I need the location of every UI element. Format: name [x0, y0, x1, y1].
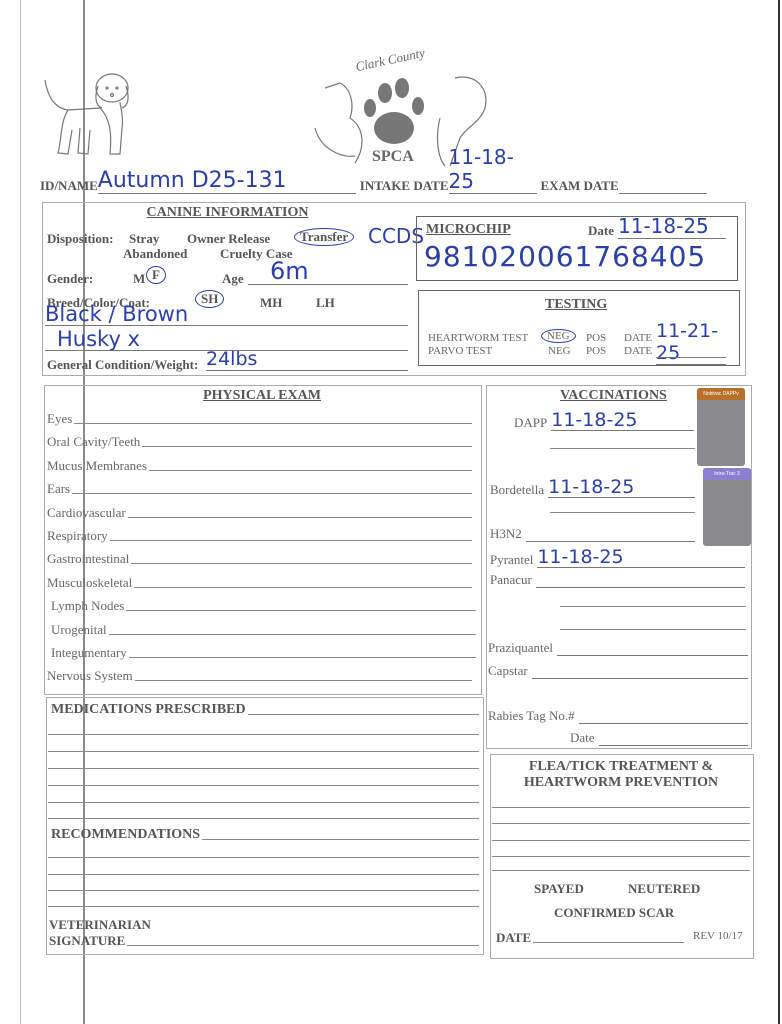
vaccination-label: DAPP [514, 415, 547, 431]
parvo-date-label: DATE [624, 345, 652, 357]
id-name-field[interactable]: Autumn D25-131 [98, 169, 356, 194]
physical-exam-label: Urogenital [51, 622, 107, 638]
writing-line[interactable] [48, 734, 479, 735]
vaccination-row: Praziquantel [488, 640, 748, 656]
vaccination-row: Pyrantel11-18-25 [490, 547, 745, 568]
vaccination-row: Panacur [490, 572, 745, 588]
flea-date-field[interactable] [533, 941, 684, 943]
physical-exam-label: Ears [47, 481, 70, 497]
physical-exam-title: PHYSICAL EXAM [44, 388, 480, 404]
physical-exam-row: Musculoskeletal [47, 575, 472, 591]
flea-date-row: DATE [496, 930, 684, 946]
physical-exam-field[interactable] [126, 609, 476, 611]
writing-line[interactable] [48, 906, 479, 907]
id-name-label: ID/NAME [40, 178, 98, 194]
physical-exam-row: Oral Cavity/Teeth [47, 434, 472, 450]
vaccination-label: Date [570, 730, 595, 746]
vaccination-row: Bordetella11-18-25 [490, 477, 695, 498]
breed-line-1[interactable]: Black / Brown [45, 303, 408, 326]
microchip-number-field[interactable]: 981020061768405 [424, 240, 706, 273]
heartworm-date-field[interactable]: 11-21-25 [656, 320, 726, 365]
physical-exam-row: Integumentary [51, 645, 476, 661]
microchip-title: MICROCHIP [426, 222, 511, 238]
neutered-option[interactable]: NEUTERED [628, 881, 700, 897]
vet-signature-row: SIGNATURE [49, 933, 479, 949]
physical-exam-field[interactable] [135, 679, 472, 681]
vet-signature-label-2: SIGNATURE [49, 933, 125, 949]
physical-exam-field[interactable] [74, 422, 472, 424]
vaccination-label: Pyrantel [490, 552, 533, 568]
sticker-header: Nobivac DAPPv [697, 388, 745, 400]
vaccine-sticker-bordetella: Intra-Trac 3 [703, 468, 751, 546]
vaccination-field[interactable]: 11-18-25 [537, 547, 745, 568]
writing-line[interactable] [48, 802, 479, 803]
gender-option-f[interactable]: F [146, 266, 166, 284]
vet-signature-field[interactable] [127, 944, 479, 946]
physical-exam-row: Lymph Nodes [51, 598, 476, 614]
writing-line[interactable] [560, 629, 746, 630]
writing-line[interactable] [48, 857, 479, 858]
physical-exam-label: Nervous System [47, 668, 133, 684]
physical-exam-row: Urogenital [51, 622, 476, 638]
flea-date-label: DATE [496, 930, 531, 946]
physical-exam-label: Lymph Nodes [51, 598, 124, 614]
recommendations-field[interactable] [202, 838, 479, 840]
gender-label: Gender: [47, 271, 93, 287]
vaccination-row: H3N2 [490, 526, 695, 542]
intake-date-field[interactable]: 11-18-25 [449, 145, 537, 194]
flea-tick-title-1: FLEA/TICK TREATMENT & [490, 759, 752, 775]
microchip-date-field[interactable]: 11-18-25 [618, 214, 726, 239]
physical-exam-field[interactable] [142, 445, 472, 447]
physical-exam-field[interactable] [109, 633, 476, 635]
writing-line[interactable] [48, 785, 479, 786]
writing-line[interactable] [492, 840, 750, 841]
disposition-option-transfer[interactable]: Transfer [294, 228, 354, 246]
physical-exam-row: Respiratory [47, 528, 472, 544]
exam-date-field[interactable] [619, 175, 707, 194]
writing-line[interactable] [492, 870, 750, 871]
revision-label: REV 10/17 [693, 930, 743, 942]
heartworm-date-label: DATE [624, 332, 652, 344]
recommendations-row: RECOMMENDATIONS [51, 827, 479, 843]
disposition-option-owner-release[interactable]: Owner Release [187, 231, 270, 247]
vaccination-field[interactable] [557, 641, 748, 656]
physical-exam-row: Eyes [47, 411, 472, 427]
page-right-edge [778, 0, 780, 1024]
exam-date-label: EXAM DATE [541, 178, 619, 194]
vaccination-row: DAPP11-18-25 [514, 410, 694, 431]
condition-weight-label: General Condition/Weight: [47, 357, 198, 373]
vaccination-field[interactable] [532, 664, 748, 679]
vaccination-row: Capstar [488, 663, 748, 679]
physical-exam-label: Respiratory [47, 528, 108, 544]
parvo-neg-option[interactable]: NEG [548, 345, 571, 357]
physical-exam-row: Gastrointestinal [47, 551, 472, 567]
writing-line[interactable] [492, 807, 750, 808]
disposition-option-stray[interactable]: Stray [129, 231, 159, 247]
testing-title: TESTING [545, 297, 607, 313]
physical-exam-row: Ears [47, 481, 472, 497]
physical-exam-field[interactable] [134, 586, 472, 588]
microchip-date-label: Date [588, 223, 614, 239]
sticker-header: Intra-Trac 3 [703, 468, 751, 480]
physical-exam-label: Cardiovascular [47, 505, 126, 521]
flea-tick-title-2: HEARTWORM PREVENTION [490, 775, 752, 791]
medications-field[interactable] [248, 713, 479, 715]
physical-exam-label: Gastrointestinal [47, 551, 129, 567]
vaccination-label: Capstar [488, 663, 528, 679]
age-label: Age [222, 271, 244, 287]
age-field[interactable]: 6m [248, 258, 408, 285]
logo-spca-text: SPCA [372, 148, 414, 166]
puppy-sketch-icon [40, 68, 135, 160]
canine-info-title: CANINE INFORMATION [140, 205, 315, 221]
parvo-pos-option[interactable]: POS [586, 345, 606, 357]
physical-exam-field[interactable] [72, 492, 472, 494]
writing-line[interactable] [492, 856, 750, 857]
physical-exam-field[interactable] [129, 656, 476, 658]
physical-exam-row: Nervous System [47, 668, 472, 684]
condition-weight-field[interactable]: 24lbs [206, 348, 408, 371]
confirmed-scar-option[interactable]: CONFIRMED SCAR [554, 905, 674, 921]
physical-exam-row: Mucus Membranes [47, 458, 472, 474]
vaccination-label: Panacur [490, 572, 532, 588]
vaccination-field[interactable]: 11-18-25 [548, 477, 695, 498]
vaccination-field[interactable] [599, 731, 748, 746]
vaccination-field[interactable] [526, 527, 695, 542]
physical-exam-label: Musculoskeletal [47, 575, 132, 591]
physical-exam-label: Oral Cavity/Teeth [47, 434, 140, 450]
vaccination-row: Date [570, 730, 748, 746]
vet-signature-label-1: VETERINARIAN [49, 917, 151, 933]
disposition-option-abandoned[interactable]: Abandoned [123, 246, 187, 262]
heartworm-test-label: HEARTWORM TEST [428, 332, 528, 344]
page-edge-line [20, 0, 21, 1024]
vaccination-field[interactable] [579, 709, 748, 724]
id-row: ID/NAME Autumn D25-131 INTAKE DATE 11-18… [40, 168, 740, 194]
medications-title: MEDICATIONS PRESCRIBED [51, 702, 246, 718]
physical-exam-field[interactable] [131, 562, 472, 564]
recommendations-label: RECOMMENDATIONS [51, 827, 200, 843]
vaccinations-title: VACCINATIONS [560, 388, 667, 404]
physical-exam-row: Cardiovascular [47, 505, 472, 521]
spayed-option[interactable]: SPAYED [534, 881, 584, 897]
writing-line[interactable] [48, 768, 479, 769]
physical-exam-field[interactable] [110, 539, 472, 541]
vaccination-label: H3N2 [490, 526, 522, 542]
physical-exam-field[interactable] [128, 516, 472, 518]
writing-line[interactable] [492, 823, 750, 824]
writing-line[interactable] [550, 448, 695, 449]
writing-line[interactable] [48, 751, 479, 752]
writing-line[interactable] [560, 606, 746, 607]
writing-line[interactable] [48, 818, 479, 819]
physical-exam-label: Mucus Membranes [47, 458, 147, 474]
vaccination-label: Praziquantel [488, 640, 553, 656]
heartworm-pos-option[interactable]: POS [586, 332, 606, 344]
vaccination-label: Rabies Tag No.# [488, 708, 575, 724]
medications-row: MEDICATIONS PRESCRIBED [51, 702, 479, 718]
writing-line[interactable] [48, 890, 479, 891]
parvo-test-label: PARVO TEST [428, 345, 492, 357]
physical-exam-field[interactable] [149, 469, 472, 471]
vaccination-field[interactable] [536, 573, 745, 588]
parvo-date-field[interactable] [656, 344, 726, 358]
writing-line[interactable] [550, 512, 695, 513]
writing-line[interactable] [48, 874, 479, 875]
disposition-label: Disposition: [47, 231, 113, 247]
gender-option-m[interactable]: M [133, 271, 145, 287]
intake-date-label: INTAKE DATE [360, 178, 449, 194]
vaccination-row: Rabies Tag No.# [488, 708, 748, 724]
physical-exam-label: Eyes [47, 411, 72, 427]
heartworm-neg-option[interactable]: NEG [541, 329, 576, 343]
physical-exam-label: Integumentary [51, 645, 127, 661]
vaccination-field[interactable]: 11-18-25 [551, 410, 694, 431]
vaccine-sticker-dapp: Nobivac DAPPv [697, 388, 745, 466]
vaccination-label: Bordetella [490, 482, 544, 498]
